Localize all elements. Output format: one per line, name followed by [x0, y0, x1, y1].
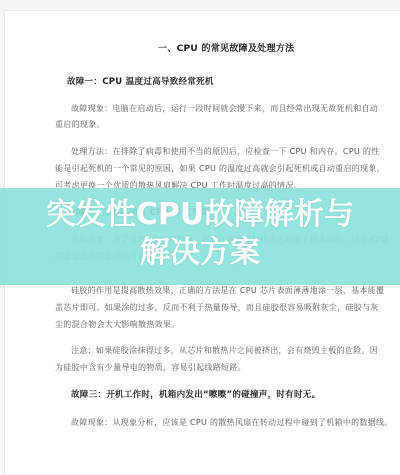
section-title: 一、CPU 的常见故障及处理方法: [158, 41, 294, 54]
fault3-symptom-line1: 故障现象：从现象分析，应该是 CPU 的散热风扇在转动过程中碰到了机箱中的数据线…: [71, 417, 393, 428]
fault2-analysis-line3: 尘的混合物会大大影响散热效果。: [55, 319, 180, 330]
fault3-heading: 故障三：开机工作时，机箱内发出“嚓嚓”的碰撞声，时有时无。: [71, 388, 320, 400]
overlay-title-line2: 解决方案: [0, 234, 400, 272]
fault1-symptom-line1: 故障现象：电脑在启动后，运行一段时间就会慢下来，而且经常出现无故死机和自动: [71, 103, 378, 114]
fault1-method-line1: 处理方法：在排除了病毒和使用不当的原因后，应检查一下 CPU 和内存。CPU 的…: [71, 146, 379, 157]
overlay-title: 突发性CPU故障解析与 解决方案: [0, 196, 400, 272]
screenshot-frame: 一、CPU 的常见故障及处理方法 故障一：CPU 温度过高导致经常死机 故障现象…: [0, 0, 400, 475]
fault2-analysis-line2: 盖芯片即可。如果涂的过多，反而不利于热量传导，而且硅胶很容易吸附灰尘，硅胶与灰: [55, 302, 379, 313]
fault2-note-line1: 注意：如果硅胶涂抹得过多，从芯片和散热片之间被挤出，会有烧毁主板的危险。因: [71, 345, 378, 356]
fault1-method-line2: 能是引起死机的一个常见的原因，如果 CPU 的温度过高就会引起死机或自动重启的现…: [55, 163, 385, 174]
fault2-note-line2: 为硅胶中含有少量导电的物质，容易引起线路短路。: [55, 362, 246, 373]
overlay-title-line1: 突发性CPU故障解析与: [0, 196, 400, 234]
fault1-heading: 故障一：CPU 温度过高导致经常死机: [67, 75, 214, 87]
fault2-analysis-line1: 硅胶的作用是提高散热效果，正确的方法是在 CPU 芯片表面薄薄地涂一层，基本能覆: [71, 285, 384, 296]
fault1-symptom-line2: 重启的现象。: [55, 119, 105, 130]
